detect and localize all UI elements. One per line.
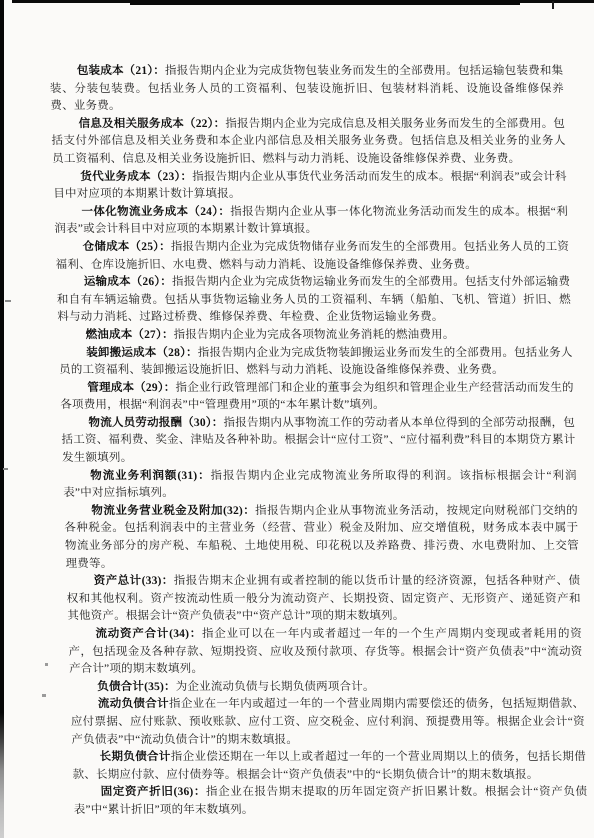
term-label: 装卸搬运成本（28）： — [86, 347, 198, 359]
definition-paragraph: 货代业务成本（23）：指报告期内企业从事货代业务活动而发生的成本。根据“利润表”… — [53, 169, 568, 204]
scan-speck — [45, 663, 48, 666]
definition-paragraph: 物流业务营业税金及附加(32)：指报告期内企业从事物流业务活动，按规定向财税部门… — [64, 503, 580, 573]
term-label: 资产总计(33)： — [94, 575, 174, 587]
scan-speck — [552, 1, 554, 9]
term-label: 固定资产折旧(36)： — [101, 786, 207, 798]
definition-paragraph: 燃油成本（27）：指报告期内企业为完成各项物流业务消耗的燃油费用。 — [58, 327, 573, 345]
definition-text: 指报告期内企业为完成各项物流业务消耗的燃油费用。 — [173, 329, 454, 341]
definition-paragraph: 负债合计(35)：为企业流动负债与长期负债两项合计。 — [69, 679, 584, 697]
term-label: 货代业务成本（23）： — [80, 171, 192, 183]
term-label: 一体化物流业务成本（24）： — [81, 206, 230, 218]
scan-left-edge — [0, 0, 4, 838]
term-label: 燃油成本（27）： — [85, 329, 173, 341]
definition-paragraph: 仓储成本（25）：指报告期内企业为完成货物储存业务而发生的全部费用。包括业务人员… — [55, 239, 570, 274]
term-label: 物流人员劳动报酬（30）： — [88, 417, 223, 429]
scan-speck — [5, 300, 11, 302]
scan-speck — [3, 468, 8, 470]
term-label: 流动资产合计(34)： — [95, 628, 202, 640]
term-label: 物流业务营业税金及附加(32)： — [91, 505, 255, 517]
term-label: 负债合计(35)： — [97, 681, 176, 693]
term-label: 包装成本（21）： — [77, 65, 166, 77]
scanned-document-page: 包装成本（21）：指报告期内企业为完成货物包装业务而发生的全部费用。包括运输包装… — [0, 0, 594, 838]
document-body: 包装成本（21）：指报告期内企业为完成货物包装业务而发生的全部费用。包括运输包装… — [49, 63, 588, 820]
term-label: 流动负债合计 — [98, 698, 170, 710]
term-label: 仓储成本（25）： — [82, 241, 171, 253]
definition-paragraph: 运输成本（26）：指报告期内企业为完成货物运输业务而发生的全部费用。包括支付外部… — [56, 274, 572, 327]
definition-paragraph: 物流人员劳动报酬（30）：指报告期内从事物流工作的劳动者从本单位得到的全部劳动报… — [61, 415, 577, 468]
term-label: 信息及相关服务成本（22）： — [78, 118, 225, 130]
definition-paragraph: 包装成本（21）：指报告期内企业为完成货物包装业务而发生的全部费用。包括运输包装… — [49, 63, 565, 116]
term-label: 运输成本（26）： — [84, 276, 173, 288]
definition-paragraph: 物流业务利润额(31)：指报告期内企业完成物流业务所取得的利润。该指标根据会计“… — [62, 468, 577, 503]
definition-paragraph: 流动资产合计(34)：指企业可以在一年内或者超过一年的一个生产周期内变现或者耗用… — [68, 626, 584, 679]
term-label: 长期负债合计 — [99, 751, 171, 763]
definition-text: 为企业流动负债与长期负债两项合计。 — [176, 681, 375, 693]
definition-paragraph: 管理成本（29）：指企业行政管理部门和企业的董事会为组织和管理企业生产经营活动而… — [60, 380, 575, 415]
term-label: 管理成本（29）： — [87, 382, 176, 394]
definition-paragraph: 固定资产折旧(36)：指企业在报告期末提取的历年固定资产折旧累计数。根据会计“资… — [73, 784, 588, 819]
definition-paragraph: 信息及相关服务成本（22）：指报告期内企业为完成信息及相关服务业务而发生的全部费… — [51, 116, 567, 169]
scan-speck — [42, 694, 46, 697]
definition-paragraph: 装卸搬运成本（28）：指报告期内企业为完成货物装卸搬运业务而发生的全部费用。包括… — [58, 345, 573, 380]
definition-paragraph: 一体化物流业务成本（24）：指报告期内企业从事一体化物流业务活动而发生的成本。根… — [54, 204, 569, 239]
definition-paragraph: 流动负债合计指企业在一年内或超过一年的一个营业周期内需要偿还的债务，包括短期借款… — [70, 696, 586, 749]
term-label: 物流业务利润额(31)： — [90, 470, 211, 482]
scan-top-edge-thick — [130, 0, 520, 5]
definition-paragraph: 资产总计(33)：指报告期末企业拥有或者控制的能以货币计量的经济资源，包括各种财… — [66, 573, 582, 626]
definition-paragraph: 长期负债合计指企业偿还期在一年以上或者超过一年的一个营业周期以上的债务，包括长期… — [72, 749, 587, 784]
